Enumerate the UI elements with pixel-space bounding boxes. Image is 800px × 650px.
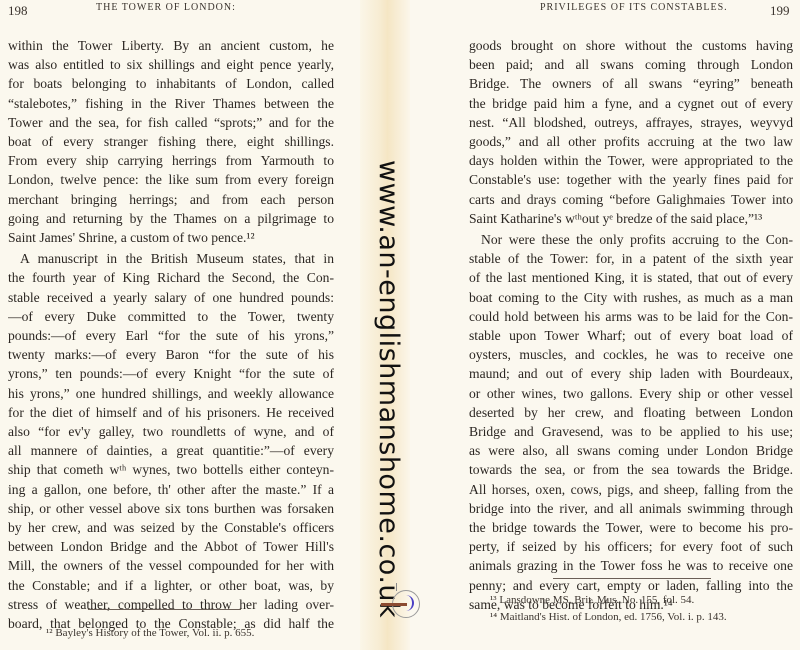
- footnote-13: ¹³ Lansdowne MS. Brit. Mus. No. 155, fol…: [490, 593, 694, 608]
- footnote-rule: [553, 578, 711, 579]
- right-body-text: goods brought on shore without the custo…: [469, 36, 793, 614]
- text-line: goods,” and all other profits accruing a…: [469, 132, 793, 151]
- text-line: of the last mentioned King, it is stated…: [469, 268, 793, 287]
- text-line: boat coming to the City with rushes, as …: [469, 288, 793, 307]
- text-line: as were also, all swans coming under Lon…: [469, 441, 793, 460]
- page-number-right: 199: [770, 3, 790, 19]
- running-head-right: PRIVILEGES OF ITS CONSTABLES.: [540, 2, 728, 13]
- text-line: been paid; and all swans coming through …: [469, 55, 793, 74]
- text-line: carts and drays coming “before Galighmai…: [469, 190, 793, 209]
- text-line: or other wines, two gallons. Every ship …: [469, 384, 793, 403]
- text-line: stable of the Tower: for, in a patent of…: [469, 249, 793, 268]
- text-line: maund; and out of every ship laden with …: [469, 364, 793, 383]
- text-line: animals grazing in the Tower foss he was…: [469, 556, 793, 575]
- text-line: Bridge. The owners of all swans “eyring”…: [469, 74, 793, 93]
- logo-gnomon: [381, 603, 407, 606]
- text-line: goods brought on shore without the custo…: [469, 36, 793, 55]
- text-line: the bridge paid him a fyne, and a cygnet…: [469, 94, 793, 113]
- text-line: days holden within the Tower, were appro…: [469, 151, 793, 170]
- text-line: the bridge towards the Tower, were to be…: [469, 518, 793, 537]
- sundial-logo-icon: [392, 590, 420, 618]
- text-line: Constable's use: together with the yearl…: [469, 170, 793, 189]
- text-line: oysters, muscles, and cockles, he was to…: [469, 345, 793, 364]
- text-line: deserted by her crew, and floating betwe…: [469, 403, 793, 422]
- logo-connector: [396, 583, 397, 591]
- text-line: could hold between his arms was to be la…: [469, 307, 793, 326]
- text-line: All horses, oxen, cows, pigs, and sheep,…: [469, 480, 793, 499]
- text-line: Saint Katharine's wᵗʰout yᵉ bredze of th…: [469, 209, 793, 228]
- text-line: nest. “All blodshed, outreys, affrayes, …: [469, 113, 793, 132]
- watermark-url: www.an-englishmanshome.co.uk: [373, 160, 404, 618]
- text-line: Bridge and Gravesend, was to be applied …: [469, 422, 793, 441]
- text-line: Nor were these the only profits accruing…: [469, 230, 793, 249]
- text-line: stable upon Tower Wharf; out of every bo…: [469, 326, 793, 345]
- text-line: perty, if seized by his officers; for ev…: [469, 537, 793, 556]
- text-line: towards the sea, or from the sea towards…: [469, 460, 793, 479]
- footnote-14: ¹⁴ Maitland's Hist. of London, ed. 1756,…: [490, 610, 727, 625]
- text-line: bridge into the river, and all animals s…: [469, 499, 793, 518]
